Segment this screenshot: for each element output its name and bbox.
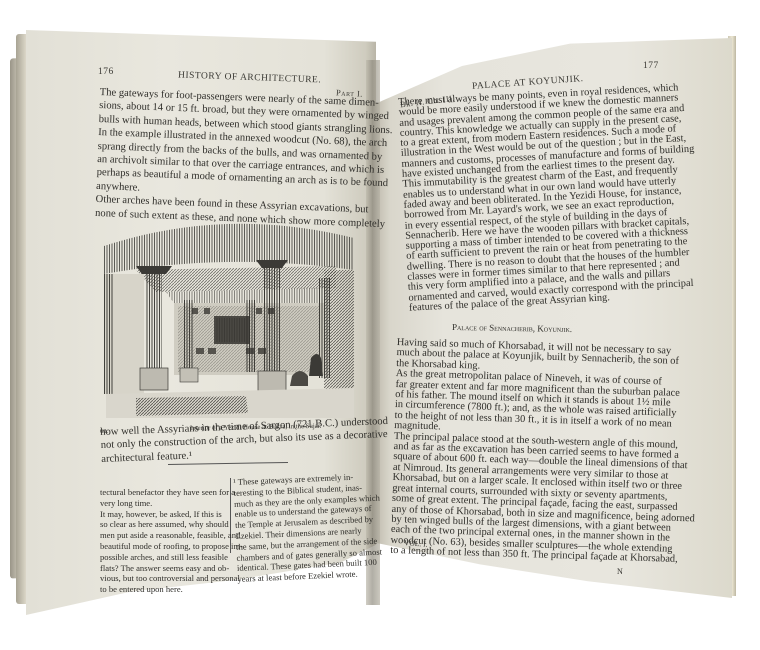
left-page-number: 176 [98, 66, 114, 79]
right-body-text-top: There must always be many points, even i… [398, 83, 702, 314]
text-line: vious, but too controversial and persona… [100, 573, 243, 584]
text-line: so clear as here assumed, why should [100, 519, 243, 530]
text-line: It may, however, be asked, If this is [100, 509, 243, 520]
open-book: 176 HISTORY OF ARCHITECTURE. Part I. The… [0, 0, 760, 650]
text-line: possible arches, and still less feasible [100, 552, 243, 563]
yezidi-house-engraving [96, 208, 358, 418]
section-heading: Palace of Sennacherib, Koyunjik. [452, 321, 572, 337]
text-line: flats? The answer seems easy and ob- [100, 563, 243, 574]
text-line: beautiful mode of roofing, to propose im… [100, 541, 243, 552]
right-page-number: 177 [643, 60, 659, 73]
text-line: tectural benefactor they have seen for a [100, 487, 243, 498]
text-line: very long time. [100, 498, 243, 509]
right-body-text-bottom: Having said so much of Khorsabad, it wil… [390, 338, 700, 566]
text-line: to be entered upon here. [100, 584, 243, 595]
footnote-right-column: ¹ These gateways are extremely in- teres… [233, 471, 383, 585]
footnote-left-column: tectural benefactor they have seen for a… [100, 487, 243, 595]
signature-mark: N [617, 565, 623, 578]
text-line: men put aside a reasonable, feasible, an… [100, 530, 243, 541]
volume-mark: VOL. I. [404, 536, 428, 551]
